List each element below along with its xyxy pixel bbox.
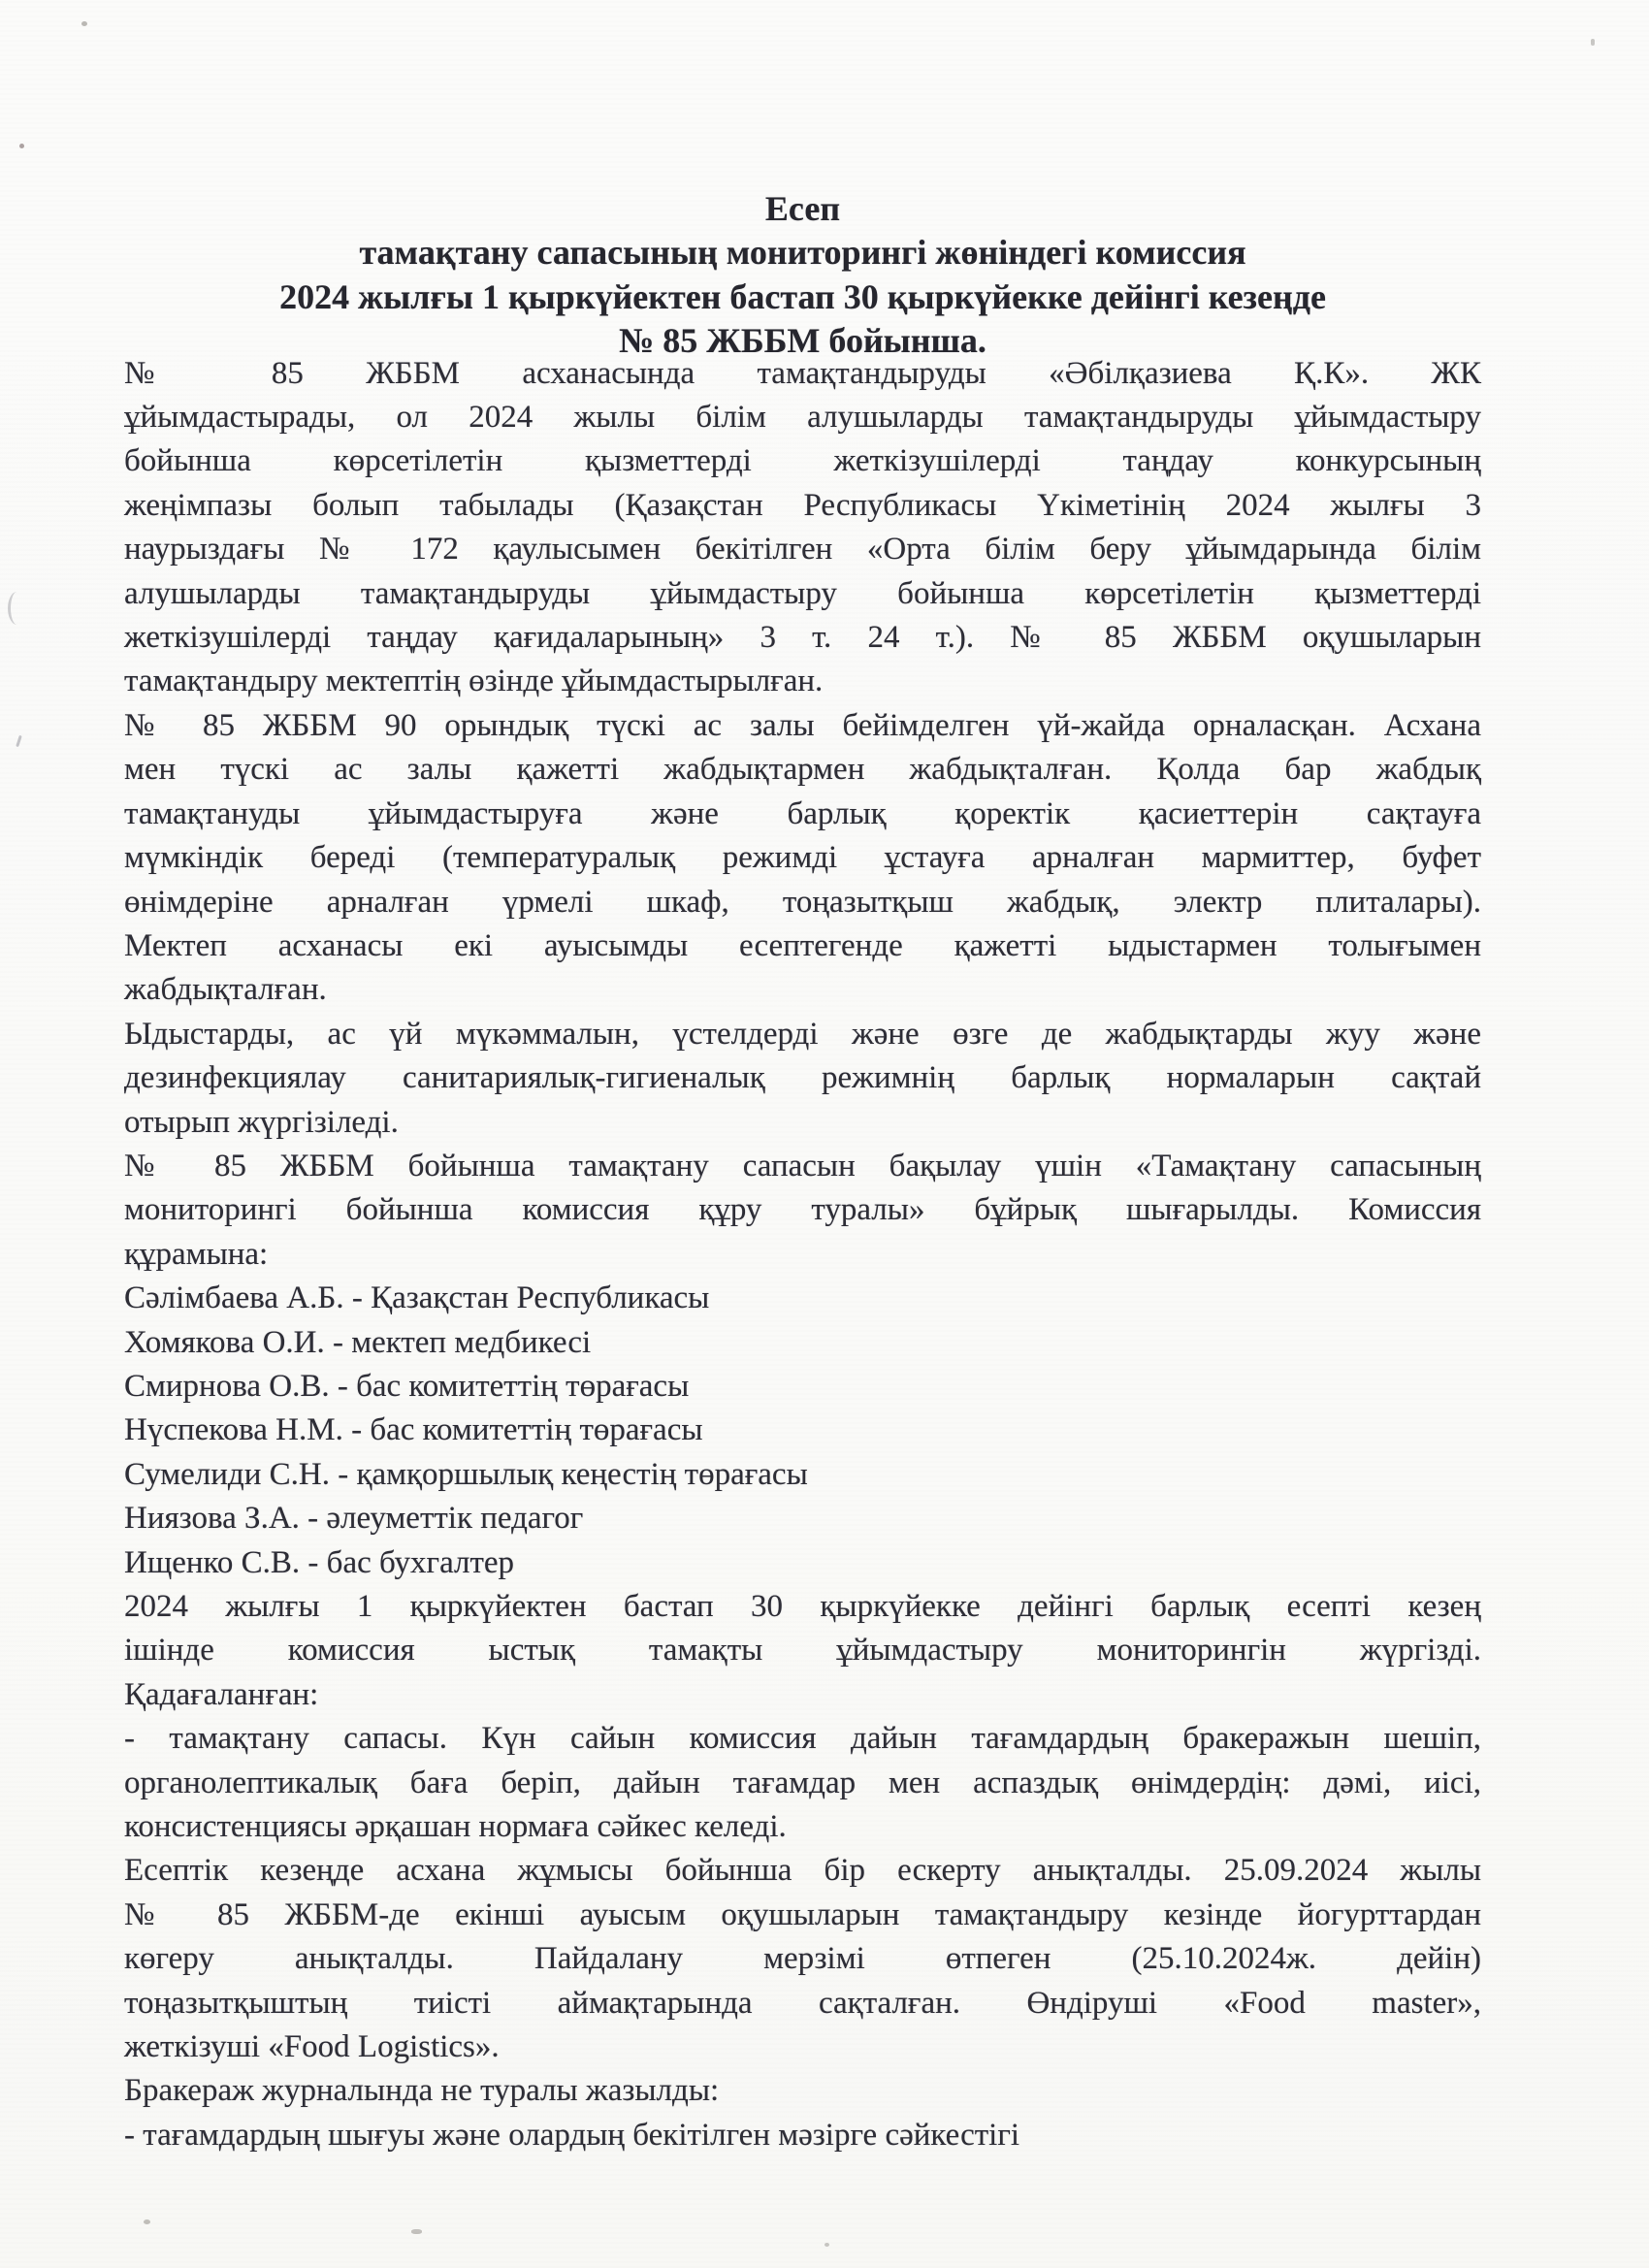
body-line: құрамына: bbox=[124, 1233, 1481, 1277]
body-line: консистенциясы әрқашан нормаға сәйкес ке… bbox=[124, 1805, 1481, 1849]
body-line: отырып жүргізіледі. bbox=[124, 1101, 1481, 1145]
commission-member-line: Смирнова О.В. - бас комитеттің төрағасы bbox=[124, 1365, 1481, 1409]
body-line: Мектеп асханасы екі ауысымды есептегенде… bbox=[124, 924, 1481, 968]
scan-tick-artifact bbox=[16, 735, 22, 747]
body-line: өнімдеріне арналған үрмелі шкаф, тоңазыт… bbox=[124, 881, 1481, 924]
body-line: мониторингі бойынша комиссия құру туралы… bbox=[124, 1188, 1481, 1232]
body-line: органолептикалық баға беріп, дайын тағам… bbox=[124, 1762, 1481, 1805]
body-line: Қадағаланған: bbox=[124, 1673, 1481, 1717]
commission-member-line: Нүспекова Н.М. - бас комитеттің төрағасы bbox=[124, 1409, 1481, 1452]
body-line: жеткізуші «Food Logistics». bbox=[124, 2025, 1481, 2069]
commission-member-line: Хомякова О.И. - мектеп медбикесі bbox=[124, 1321, 1481, 1365]
body-line: жабдықталған. bbox=[124, 968, 1481, 1012]
report-title: Есеп тамақтану сапасының мониторингі жөн… bbox=[124, 187, 1481, 364]
title-line: Есеп bbox=[124, 187, 1481, 231]
body-line: Бракераж журналында не туралы жазылды: bbox=[124, 2069, 1481, 2113]
scan-speck bbox=[411, 2229, 422, 2234]
title-line: 2024 жылғы 1 қыркүйектен бастап 30 қыркү… bbox=[124, 275, 1481, 319]
body-line: мүмкіндік береді (температуралық режимді… bbox=[124, 836, 1481, 880]
body-line: 2024 жылғы 1 қыркүйектен бастап 30 қыркү… bbox=[124, 1585, 1481, 1629]
title-line: тамақтану сапасының мониторингі жөніндег… bbox=[124, 231, 1481, 275]
body-line: № 85 ЖББМ асханасында тамақтандыруды «Әб… bbox=[124, 352, 1481, 396]
body-line: - тамақтану сапасы. Күн сайын комиссия д… bbox=[124, 1717, 1481, 1761]
scan-speck bbox=[1591, 39, 1595, 46]
commission-member-line: Сәлімбаева А.Б. - Қазақстан Республикасы bbox=[124, 1277, 1481, 1320]
body-line: көгеру анықталды. Пайдалану мерзімі өтпе… bbox=[124, 1937, 1481, 1981]
body-line: Ыдыстарды, ас үй мүкәммалын, үстелдерді … bbox=[124, 1013, 1481, 1056]
pen-mark-artifact bbox=[8, 592, 26, 625]
report-body: № 85 ЖББМ асханасында тамақтандыруды «Әб… bbox=[124, 352, 1481, 2158]
body-line: № 85 ЖББМ бойынша тамақтану сапасын бақы… bbox=[124, 1145, 1481, 1188]
body-line: ұйымдастырады, ол 2024 жылы білім алушыл… bbox=[124, 396, 1481, 439]
body-line: тамақтануды ұйымдастыруға және барлық қо… bbox=[124, 793, 1481, 836]
body-line: тоңазытқыштың тиісті аймақтарында сақтал… bbox=[124, 1982, 1481, 2025]
scan-speck bbox=[144, 2219, 150, 2224]
body-line: тамақтандыру мектептің өзінде ұйымдастыр… bbox=[124, 660, 1481, 703]
body-line: алушыларды тамақтандыруды ұйымдастыру бо… bbox=[124, 572, 1481, 616]
commission-member-line: Ниязова З.А. - әлеуметтік педагог bbox=[124, 1497, 1481, 1540]
body-line: № 85 ЖББМ 90 орындық түскі ас залы бейім… bbox=[124, 704, 1481, 748]
body-line: жеткізушілерді таңдау қағидаларының» 3 т… bbox=[124, 616, 1481, 660]
body-line: ішінде комиссия ыстық тамақты ұйымдастыр… bbox=[124, 1629, 1481, 1672]
body-line: - тағамдардың шығуы және олардың бекітіл… bbox=[124, 2114, 1481, 2157]
document-content: Есеп тамақтану сапасының мониторингі жөн… bbox=[124, 187, 1481, 2157]
scanned-document-page: Есеп тамақтану сапасының мониторингі жөн… bbox=[0, 0, 1649, 2268]
body-line: Есептік кезеңде асхана жұмысы бойынша бі… bbox=[124, 1849, 1481, 1893]
body-line: жеңімпазы болып табылады (Қазақстан Респ… bbox=[124, 484, 1481, 528]
scan-speck bbox=[81, 21, 87, 26]
body-line: дезинфекциялау санитариялық-гигиеналық р… bbox=[124, 1056, 1481, 1100]
commission-member-line: Сумелиди С.Н. - қамқоршылық кеңестің төр… bbox=[124, 1453, 1481, 1497]
body-line: наурыздағы № 172 қаулысымен бекітілген «… bbox=[124, 528, 1481, 571]
scan-speck bbox=[824, 2243, 829, 2247]
commission-member-line: Ищенко С.В. - бас бухгалтер bbox=[124, 1541, 1481, 1585]
body-line: мен түскі ас залы қажетті жабдықтармен ж… bbox=[124, 748, 1481, 792]
body-line: № 85 ЖББМ-де екінші ауысым оқушыларын та… bbox=[124, 1894, 1481, 1937]
scan-speck bbox=[19, 144, 24, 148]
body-line: бойынша көрсетілетін қызметтерді жеткізу… bbox=[124, 439, 1481, 483]
